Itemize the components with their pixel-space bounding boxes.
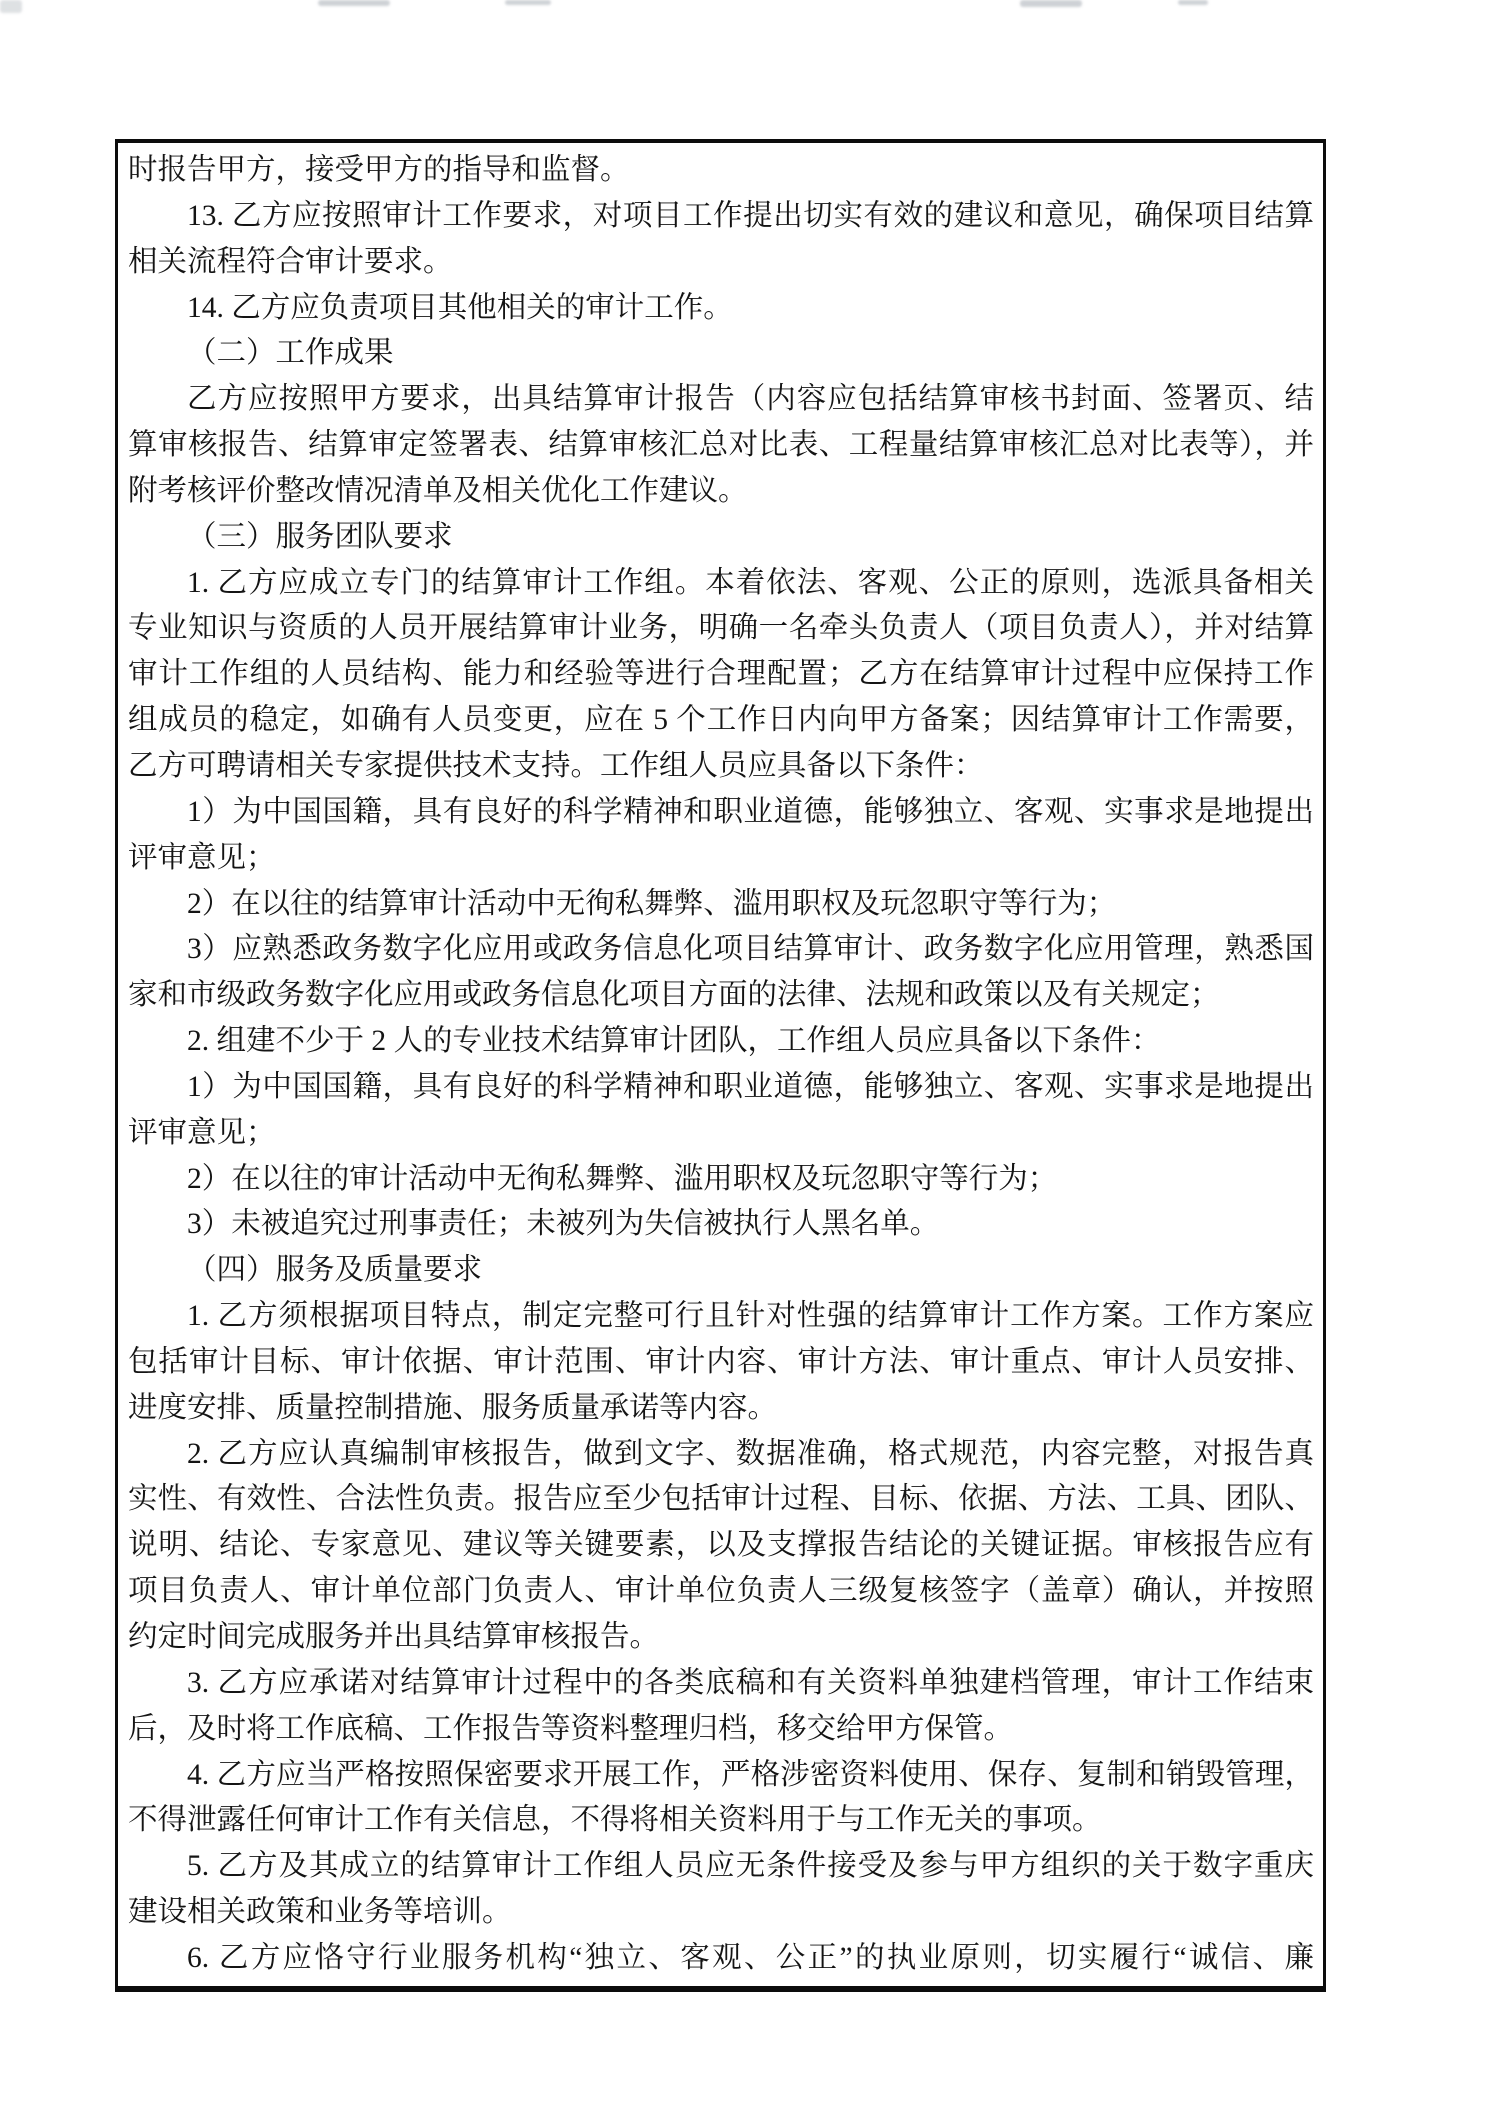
text-line: 算审核报告、结算审定签署表、结算审核汇总对比表、工程量结算审核汇总对比表等），并	[128, 423, 1314, 469]
text-line: 5. 乙方及其成立的结算审计工作组人员应无条件接受及参与甲方组织的关于数字重庆	[128, 1844, 1314, 1890]
text-line: 评审意见；	[128, 1111, 1314, 1157]
text-line: 乙方应按照甲方要求，出具结算审计报告（内容应包括结算审核书封面、签署页、结	[128, 377, 1314, 423]
text-line: 3）未被追究过刑事责任；未被列为失信被执行人黑名单。	[128, 1202, 1314, 1248]
section-heading: （二）工作成果	[128, 331, 1314, 377]
text-line: 家和市级政务数字化应用或政务信息化项目方面的法律、法规和政策以及有关规定；	[128, 973, 1314, 1019]
scan-smudge	[0, 0, 22, 13]
scan-smudge	[318, 0, 390, 6]
text-line: 组成员的稳定，如确有人员变更，应在 5 个工作日内向甲方备案；因结算审计工作需要…	[128, 698, 1314, 744]
content-cell: 时报告甲方，接受甲方的指导和监督。 13. 乙方应按照审计工作要求，对项目工作提…	[115, 139, 1326, 1992]
text-line: 说明、结论、专家意见、建议等关键要素，以及支撑报告结论的关键证据。审核报告应有	[128, 1523, 1314, 1569]
text-line: 乙方可聘请相关专家提供技术支持。工作组人员应具备以下条件：	[128, 744, 1314, 790]
text-line: 项目负责人、审计单位部门负责人、审计单位负责人三级复核签字（盖章）确认，并按照	[128, 1569, 1314, 1615]
section-heading: （四）服务及质量要求	[128, 1248, 1314, 1294]
text-line: 附考核评价整改情况清单及相关优化工作建议。	[128, 469, 1314, 515]
text-line: 约定时间完成服务并出具结算审核报告。	[128, 1615, 1314, 1661]
text-line: 2）在以往的审计活动中无徇私舞弊、滥用职权及玩忽职守等行为；	[128, 1157, 1314, 1203]
text-line: 3. 乙方应承诺对结算审计过程中的各类底稿和有关资料单独建档管理，审计工作结束	[128, 1661, 1314, 1707]
scan-smudge	[505, 0, 551, 5]
text-line: 3）应熟悉政务数字化应用或政务信息化项目结算审计、政务数字化应用管理，熟悉国	[128, 927, 1314, 973]
text-line: 1）为中国国籍，具有良好的科学精神和职业道德，能够独立、客观、实事求是地提出	[128, 790, 1314, 836]
text-line: 不得泄露任何审计工作有关信息，不得将相关资料用于与工作无关的事项。	[128, 1798, 1314, 1844]
text-line: 2. 乙方应认真编制审核报告，做到文字、数据准确，格式规范，内容完整，对报告真	[128, 1432, 1314, 1478]
text-line: 实性、有效性、合法性负责。报告应至少包括审计过程、目标、依据、方法、工具、团队、	[128, 1477, 1314, 1523]
text-line: 4. 乙方应当严格按照保密要求开展工作，严格涉密资料使用、保存、复制和销毁管理，	[128, 1753, 1314, 1799]
text-line: 建设相关政策和业务等培训。	[128, 1890, 1314, 1936]
text-line: 相关流程符合审计要求。	[128, 240, 1314, 286]
text-line: 13. 乙方应按照审计工作要求，对项目工作提出切实有效的建议和意见，确保项目结算	[128, 194, 1314, 240]
text-line: 进度安排、质量控制措施、服务质量承诺等内容。	[128, 1386, 1314, 1432]
text-line: 审计工作组的人员结构、能力和经验等进行合理配置；乙方在结算审计过程中应保持工作	[128, 652, 1314, 698]
text-line: 2. 组建不少于 2 人的专业技术结算审计团队，工作组人员应具备以下条件：	[128, 1019, 1314, 1065]
text-line: 时报告甲方，接受甲方的指导和监督。	[128, 148, 1314, 194]
text-line: 2）在以往的结算审计活动中无徇私舞弊、滥用职权及玩忽职守等行为；	[128, 882, 1314, 928]
text-line: 专业知识与资质的人员开展结算审计业务，明确一名牵头负责人（项目负责人），并对结算	[128, 606, 1314, 652]
scan-smudge	[1178, 0, 1208, 5]
scan-smudge	[1020, 0, 1082, 7]
text-line: 1. 乙方应成立专门的结算审计工作组。本着依法、客观、公正的原则，选派具备相关	[128, 561, 1314, 607]
text-line: 6. 乙方应恪守行业服务机构“独立、客观、公正”的执业原则，切实履行“诚信、廉	[128, 1936, 1314, 1982]
text-line: 评审意见；	[128, 836, 1314, 882]
text-line: 后，及时将工作底稿、工作报告等资料整理归档，移交给甲方保管。	[128, 1707, 1314, 1753]
section-heading: （三）服务团队要求	[128, 515, 1314, 561]
text-line: 14. 乙方应负责项目其他相关的审计工作。	[128, 286, 1314, 332]
text-line: 包括审计目标、审计依据、审计范围、审计内容、审计方法、审计重点、审计人员安排、	[128, 1340, 1314, 1386]
text-line: 1. 乙方须根据项目特点，制定完整可行且针对性强的结算审计工作方案。工作方案应	[128, 1294, 1314, 1340]
text-line: 1）为中国国籍，具有良好的科学精神和职业道德，能够独立、客观、实事求是地提出	[128, 1065, 1314, 1111]
